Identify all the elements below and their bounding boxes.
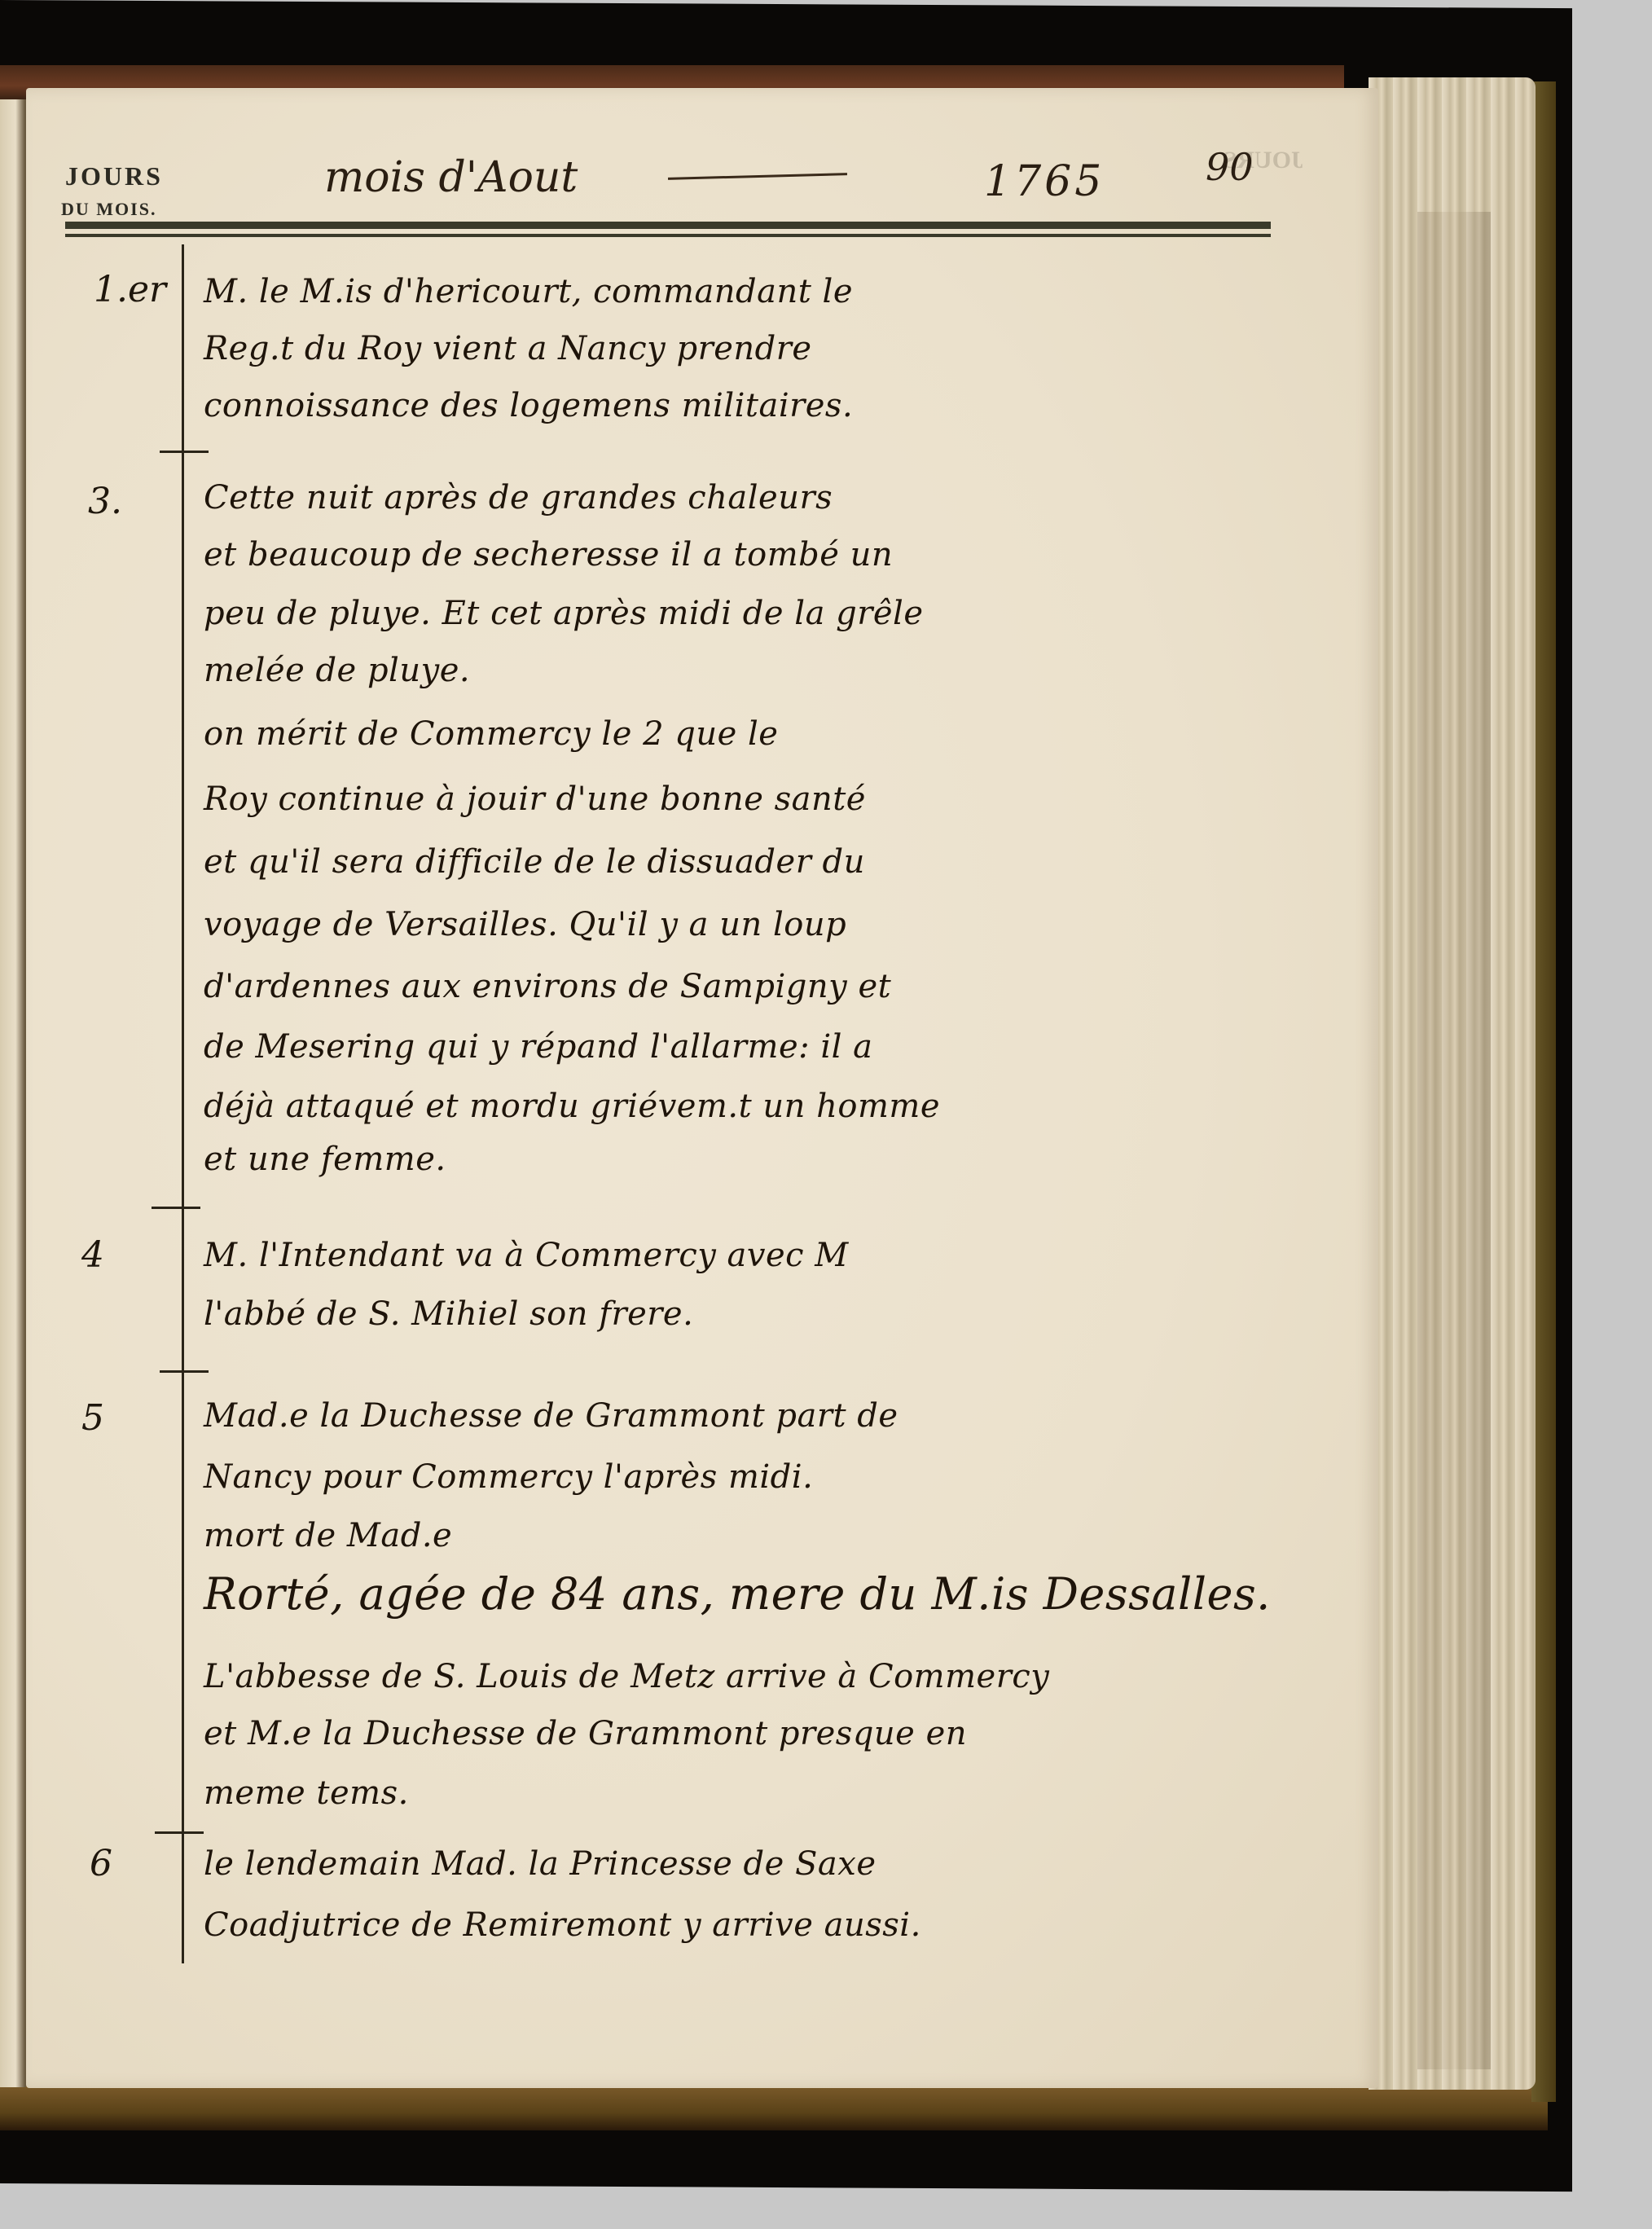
entry-line: Rorté, agée de 84 ans, mere du M.is Dess… [204, 1568, 1271, 1620]
entry-line: d'ardennes aux environs de Sampigny et [204, 968, 891, 1005]
entry-line: on mérit de Commercy le 2 que le [204, 715, 778, 753]
entry-separator [160, 1370, 209, 1373]
day-label: 1.er [94, 269, 166, 310]
header-rule-thin [65, 234, 1271, 237]
book-cover-bottom-edge [0, 2086, 1548, 2130]
entry-line: voyage de Versailles. Qu'il y a un loup [204, 906, 846, 943]
day-label: 3. [88, 481, 122, 522]
entry-line: Cette nuit après de grandes chaleurs [204, 479, 833, 517]
entry-separator [152, 1207, 200, 1209]
entry-line: mort de Mad.e [204, 1517, 452, 1554]
entry-line: et une femme. [204, 1141, 446, 1178]
day-label: 6 [90, 1843, 112, 1884]
entry-line: Nancy pour Commercy l'après midi. [204, 1458, 813, 1496]
day-label: 5 [81, 1397, 104, 1439]
entry-line: et beaucoup de secheresse il a tombé un [204, 536, 893, 574]
entry-line: et M.e la Duchesse de Grammont presque e… [204, 1715, 967, 1752]
entry-line: Roy continue à jouir d'une bonne santé [204, 780, 866, 818]
folio-number: 90 [1206, 145, 1254, 189]
header-rule-thick [65, 222, 1271, 229]
entry-separator [160, 451, 209, 453]
entry-line: Reg.t du Roy vient a Nancy prendre [204, 330, 812, 367]
entry-line: L'abbesse de S. Louis de Metz arrive à C… [204, 1658, 1049, 1695]
year-heading: 1765 [984, 157, 1105, 206]
binding-strip [0, 99, 26, 2087]
entry-line: Mad.e la Duchesse de Grammont part de [204, 1397, 898, 1435]
entry-line: de Mesering qui y répand l'allarme: il a [204, 1028, 872, 1066]
entry-line: l'abbé de S. Mihiel son frere. [204, 1295, 693, 1333]
day-column-divider [182, 244, 184, 1963]
entry-line: M. le M.is d'hericourt, commandant le [204, 273, 853, 310]
printed-header-jours: JOURS [65, 161, 163, 191]
entry-line: M. l'Intendant va à Commercy avec M [204, 1237, 849, 1274]
entry-separator [155, 1831, 204, 1834]
entry-line: connoissance des logemens militaires. [204, 387, 853, 424]
month-heading: mois d'Aout [324, 153, 578, 202]
entry-line: Coadjutrice de Remiremont y arrive aussi… [204, 1906, 921, 1944]
page-stack-shadow [1417, 212, 1491, 2069]
day-label: 4 [81, 1234, 104, 1276]
printed-header-du-mois: DU MOIS. [61, 199, 156, 220]
entry-line: le lendemain Mad. la Princesse de Saxe [204, 1845, 877, 1883]
entry-line: et qu'il sera difficile de le dissuader … [204, 843, 865, 881]
entry-line: déjà attaqué et mordu griévem.t un homme [204, 1088, 940, 1125]
entry-line: melée de pluye. [204, 652, 470, 689]
entry-line: peu de pluye. Et cet après midi de la gr… [204, 595, 924, 632]
entry-line: meme tems. [204, 1774, 409, 1812]
